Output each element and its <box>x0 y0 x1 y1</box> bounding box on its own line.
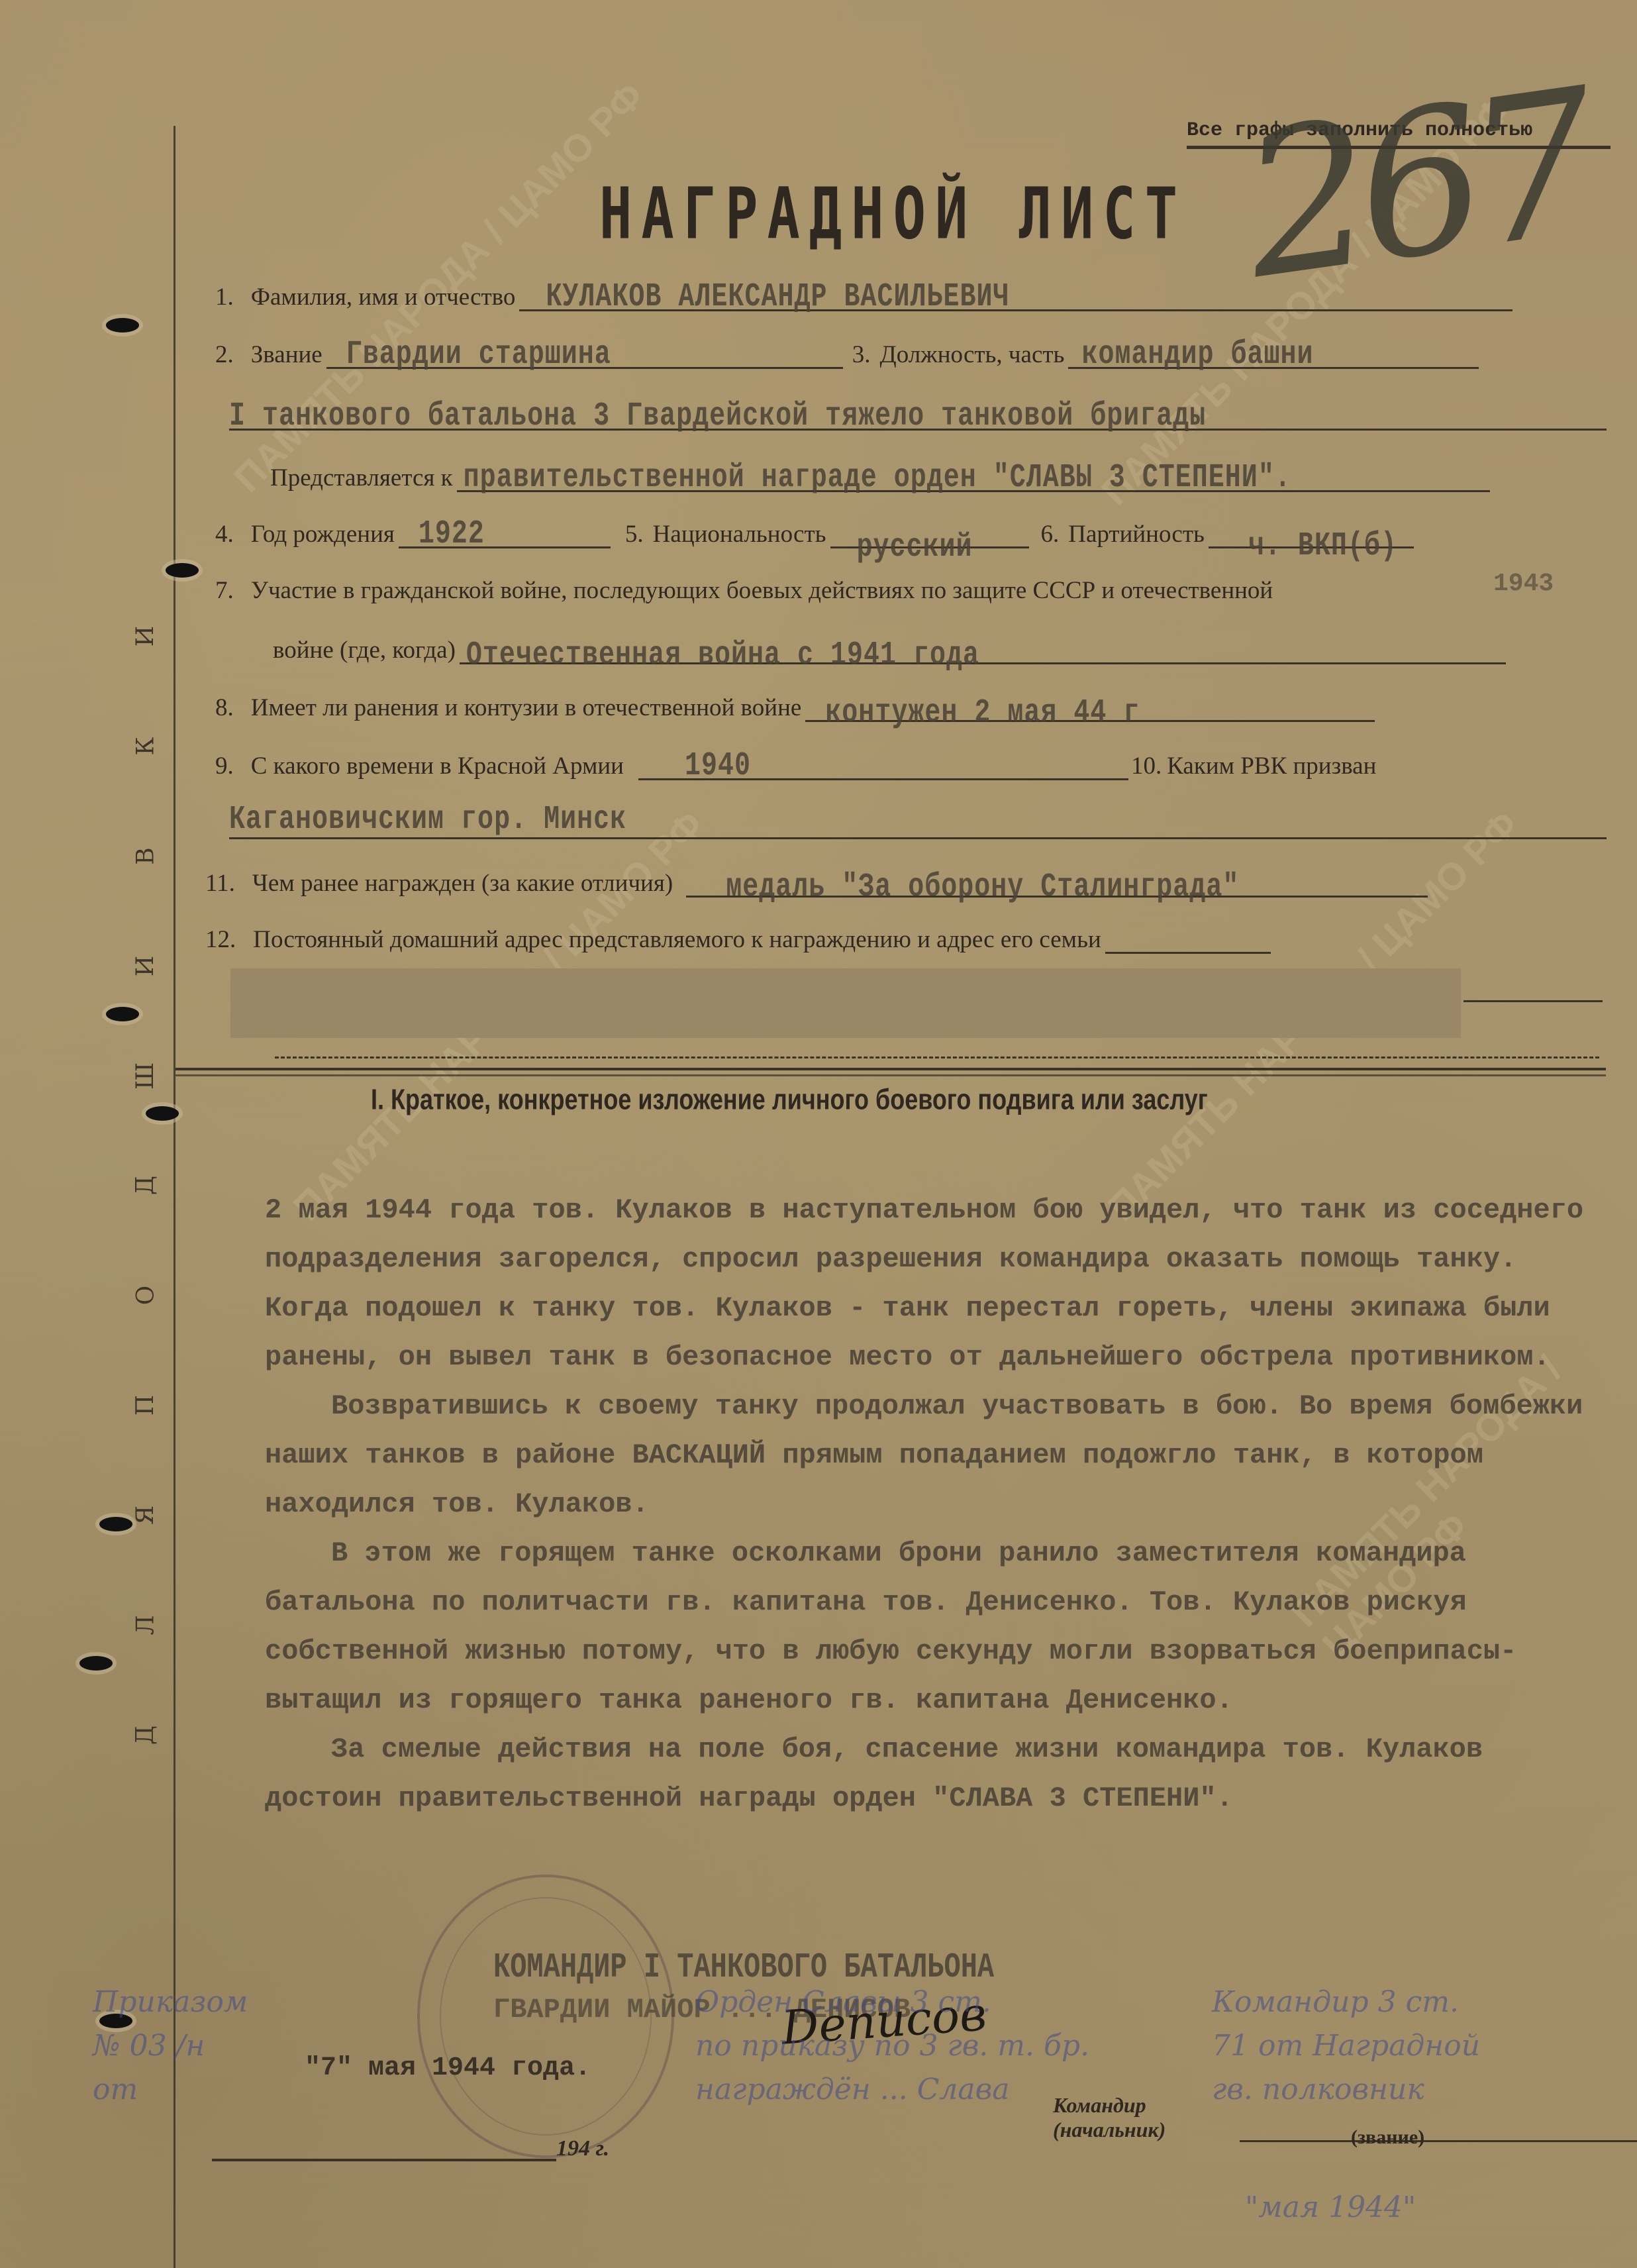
nationality-field[interactable]: русский <box>830 519 1029 548</box>
field-home-address: 12. Постоянный домашний адрес представля… <box>205 924 1271 954</box>
home-address-field[interactable] <box>1105 924 1271 954</box>
blue-ink-annotation: Командир 3 ст. 71 от Наградной гв. полко… <box>1212 1981 1480 2112</box>
commander-signature-line: Командир (начальник) <box>1053 2093 1637 2142</box>
full-name-field[interactable]: КУЛАКОВ АЛЕКСАНДР ВАСИЛЬЕВИЧ <box>519 282 1513 311</box>
rank-caption: (звание) <box>1351 2126 1424 2149</box>
blue-ink-annotation: "мая 1944" <box>1245 2186 1416 2230</box>
binding-caption-letter: И <box>132 626 160 646</box>
field-position-continued: I танкового батальона 3 Гвардейской тяже… <box>225 401 1607 431</box>
narrative-paragraph: В этом же горящем танке осколками брони … <box>265 1529 1589 1725</box>
narrative-paragraph: Возвратившись к своему танку продолжал у… <box>265 1382 1589 1529</box>
position-field[interactable]: командир башни <box>1068 339 1479 369</box>
narrative-text: 2 мая 1944 года тов. Кулаков в наступате… <box>265 1186 1589 1823</box>
field-rank-position: 2. Звание Гвардии старшина 3. Должность,… <box>215 339 1479 369</box>
previous-awards-field[interactable]: медаль "За оборону Сталинграда" <box>686 868 1428 898</box>
section-divider <box>175 1068 1606 1070</box>
binding-caption-letter: В <box>132 847 160 864</box>
wounds-field[interactable]: контужен 2 мая 44 г <box>805 692 1375 722</box>
binding-caption-letter: Ш <box>132 1062 160 1090</box>
binding-caption-letter: Л <box>132 1615 159 1635</box>
party-year-note: 1943 <box>1493 570 1554 598</box>
binding-caption-letter: О <box>132 1286 159 1306</box>
handwritten-record-number: 267 <box>1233 64 1597 307</box>
binding-margin-rule <box>174 126 175 2268</box>
field-war-participation: 7. Участие в гражданской войне, последую… <box>215 576 1273 605</box>
address-line <box>275 1057 1599 1058</box>
blue-ink-annotation: Приказом № 03 /н от <box>93 1981 248 2112</box>
conscription-office-field[interactable]: Кагановичским гор. Минск <box>229 809 1607 839</box>
punch-hole <box>166 563 199 578</box>
narrative-paragraph: За смелые действия на поле боя, спасение… <box>265 1725 1589 1823</box>
rank-field[interactable]: Гвардии старшина <box>326 339 843 369</box>
narrative-paragraph: 2 мая 1944 года тов. Кулаков в наступате… <box>265 1186 1589 1382</box>
award-field[interactable]: правительственной награде орден "СЛАВЫ 3… <box>457 462 1490 492</box>
binding-caption-letter: И <box>132 955 160 976</box>
binding-caption-letter: Д <box>132 1726 160 1745</box>
page-title: НАГРАДНОЙ ЛИСТ <box>599 174 1187 256</box>
binding-caption: ДЛЯПОДШИВКИ <box>126 623 166 1749</box>
section-divider <box>175 1074 1606 1076</box>
field-service-since: 9. С какого времени в Красной Армии 1940… <box>215 750 1376 780</box>
punch-hole <box>146 1106 179 1121</box>
binding-caption-letter: Я <box>132 1506 159 1525</box>
signature-date: "7" мая 1944 года. <box>305 2053 591 2083</box>
punch-hole <box>106 318 139 333</box>
date-blank-line: 194 г. <box>212 2136 609 2161</box>
date-blank-field[interactable] <box>212 2145 556 2161</box>
field-birth-nationality-party: 4. Год рождения 1922 5. Национальность р… <box>215 519 1414 548</box>
commander-rank-field[interactable] <box>1240 2120 1637 2142</box>
field-conscription-office: Кагановичским гор. Минск <box>225 809 1607 839</box>
field-previous-awards: 11. Чем ранее награжден (за какие отличи… <box>205 868 1428 898</box>
position-continued-field[interactable]: I танкового батальона 3 Гвардейской тяже… <box>229 401 1607 431</box>
birth-year-field[interactable]: 1922 <box>399 519 611 548</box>
service-since-field[interactable]: 1940 <box>638 750 1128 780</box>
field-presented-for: Представляется к правительственной награ… <box>270 462 1490 492</box>
blue-ink-annotation: Орден Славы 3 ст. по приказу по 3 гв. т.… <box>695 1981 1089 2112</box>
redacted-address <box>230 968 1461 1038</box>
section-heading: I. Краткое, конкретное изложение личного… <box>371 1083 1208 1116</box>
binding-caption-letter: Д <box>132 1176 160 1195</box>
binding-caption-letter: К <box>132 737 160 755</box>
address-line <box>1463 1000 1603 1002</box>
punch-hole <box>79 1656 113 1671</box>
binding-caption-letter: П <box>132 1395 160 1416</box>
party-field[interactable]: ч. ВКП(б) <box>1209 519 1414 548</box>
punch-hole <box>106 1007 139 1021</box>
field-wounds: 8. Имеет ли ранения и контузии в отечест… <box>215 692 1375 722</box>
field-full-name: 1. Фамилия, имя и отчество КУЛАКОВ АЛЕКС… <box>215 282 1513 311</box>
field-war-participation-continued: войне (где, когда) Отечественная война с… <box>273 635 1506 664</box>
war-participation-field[interactable]: Отечественная война с 1941 года <box>460 635 1506 664</box>
punch-hole <box>99 1517 132 1531</box>
